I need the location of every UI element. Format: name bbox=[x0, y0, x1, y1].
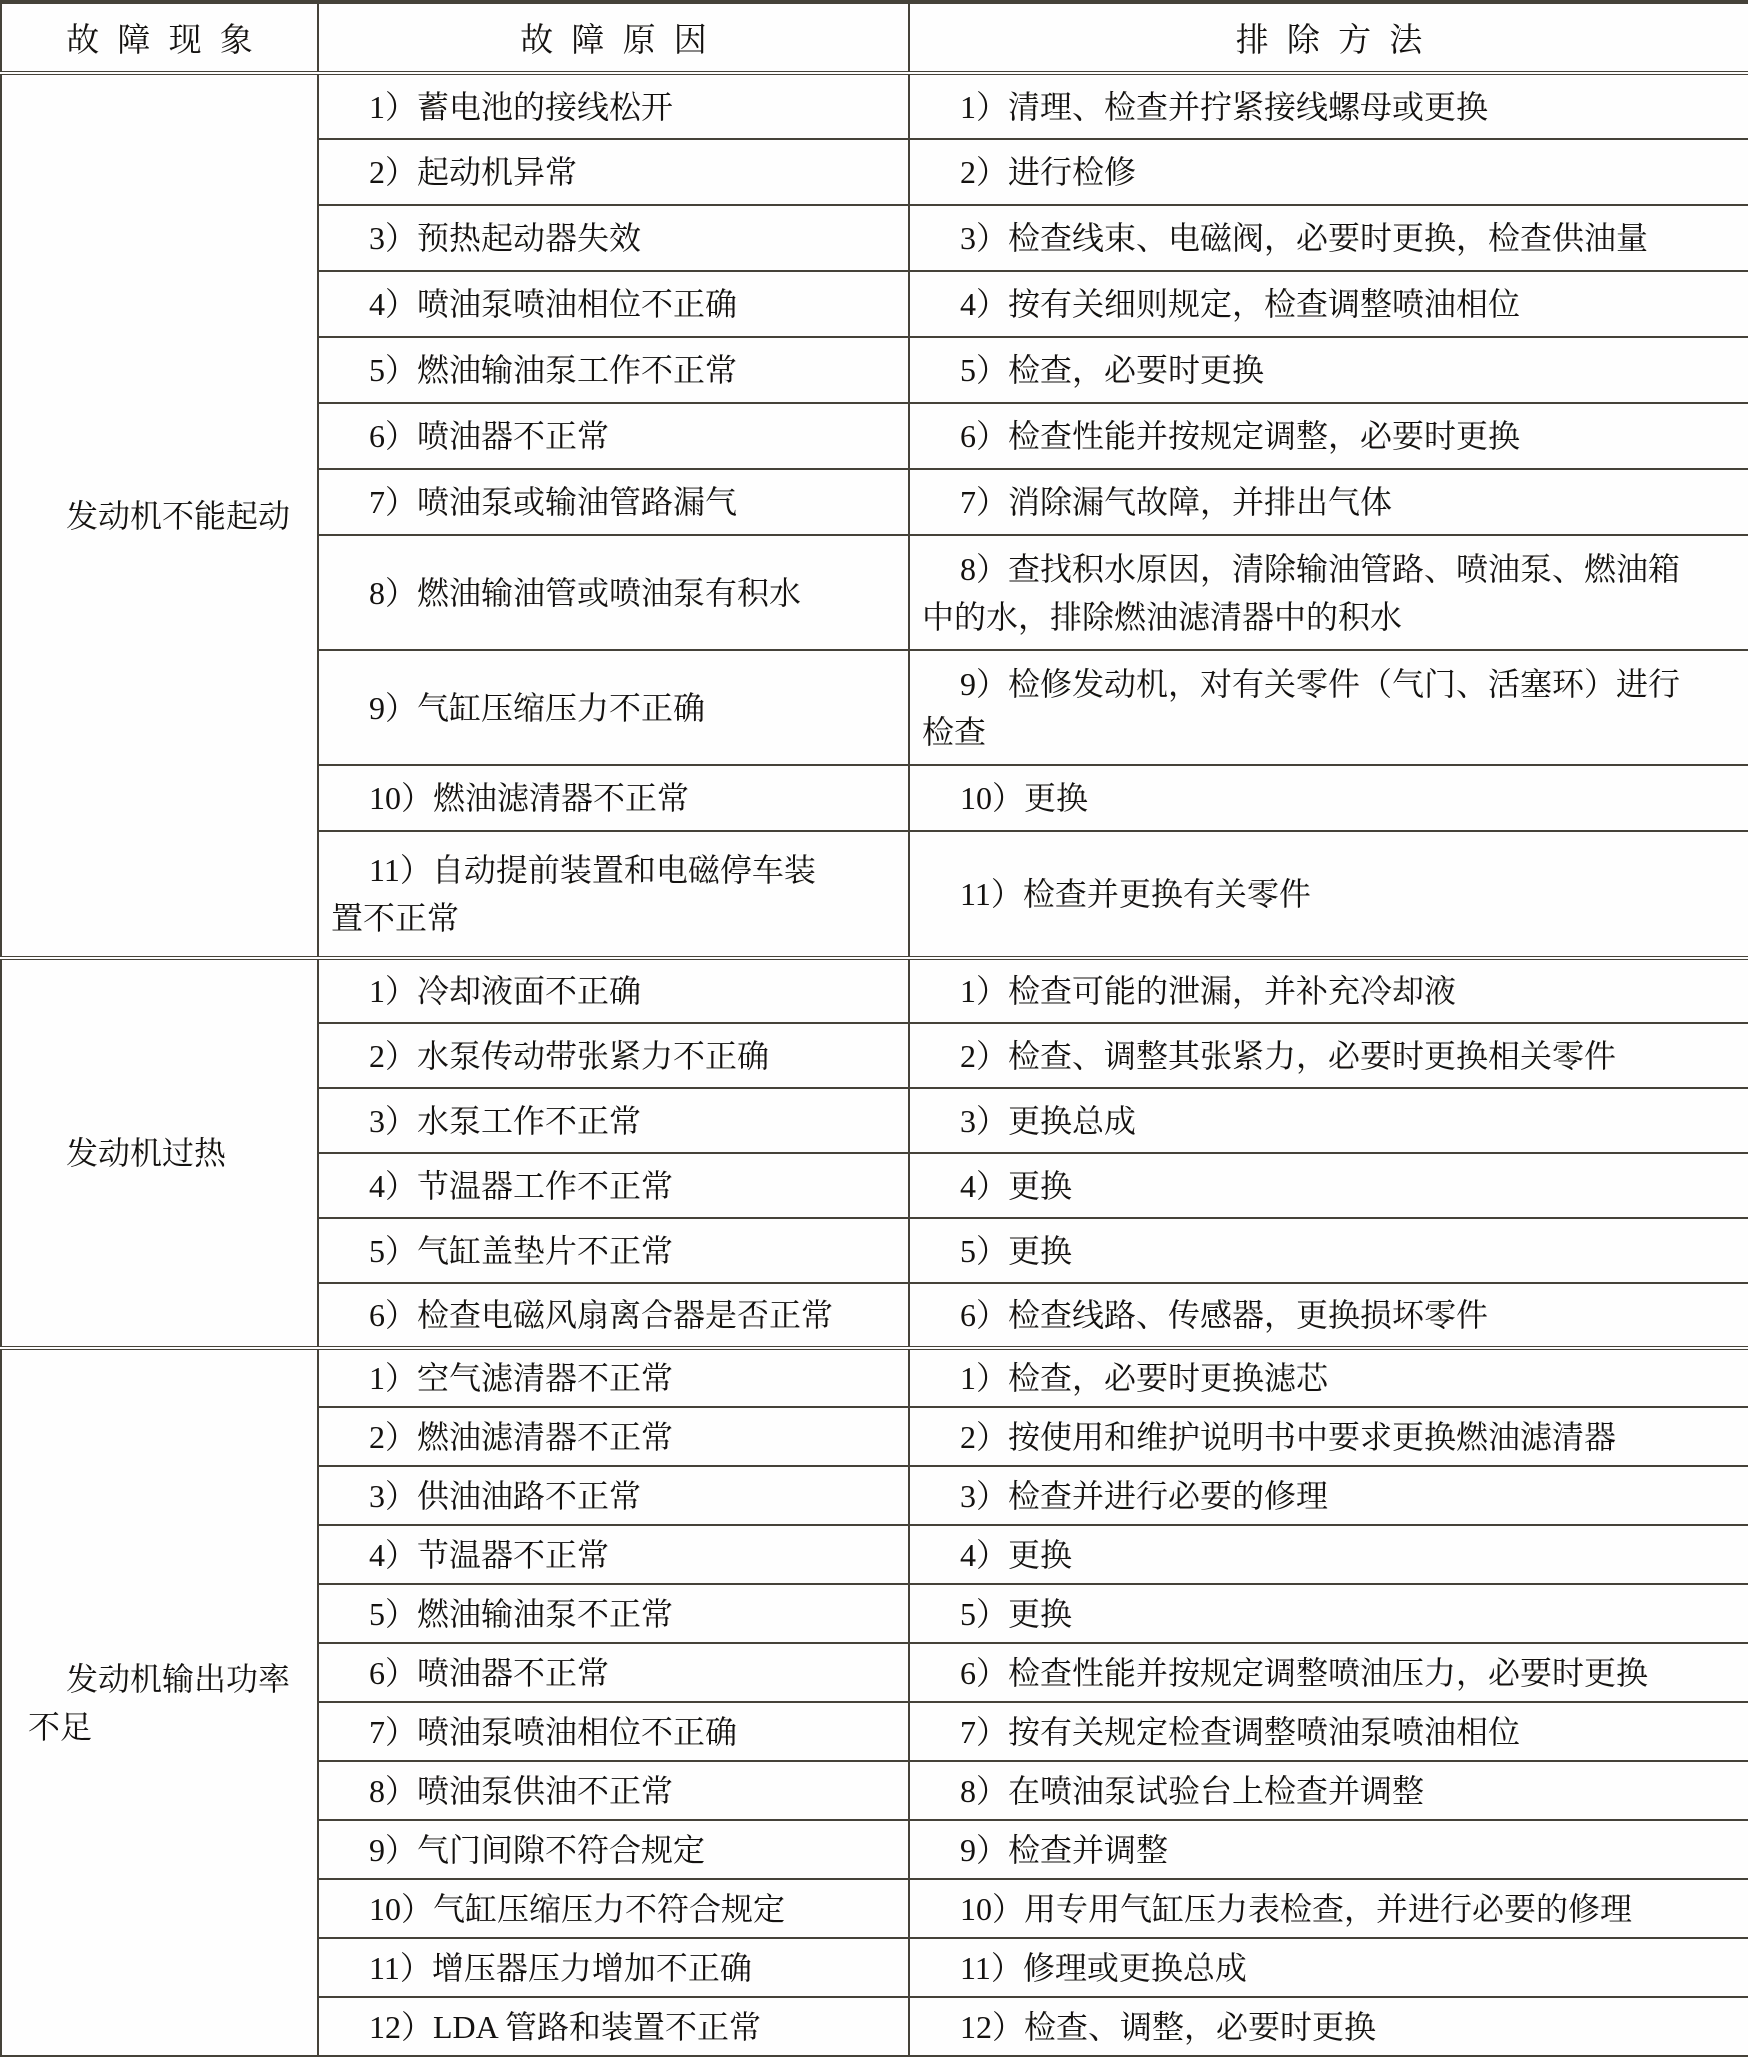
remedy-text: 10）用专用气缸压力表检查，并进行必要的修理 bbox=[910, 1885, 1748, 1933]
remedy-text: 8）查找积水原因，清除输油管路、喷油泵、燃油箱中的水，排除燃油滤清器中的积水 bbox=[910, 545, 1748, 641]
col-header-remedy: 排除方法 bbox=[909, 2, 1748, 73]
cause-text: 10）燃油滤清器不正常 bbox=[319, 774, 908, 822]
cause-text: 11）增压器压力增加不正确 bbox=[319, 1944, 908, 1992]
cause-cell: 11）增压器压力增加不正确 bbox=[318, 1938, 909, 1997]
remedy-text: 2）按使用和维护说明书中要求更换燃油滤清器 bbox=[910, 1413, 1748, 1461]
remedy-cell: 5）检查，必要时更换 bbox=[909, 337, 1748, 403]
phenomenon-label: 发动机不能起动 bbox=[2, 492, 317, 540]
cause-text: 1）冷却液面不正确 bbox=[319, 967, 908, 1015]
cause-cell: 5）气缸盖垫片不正常 bbox=[318, 1218, 909, 1283]
cause-text: 12）LDA 管路和装置不正常 bbox=[319, 2003, 908, 2051]
remedy-cell: 11）检查并更换有关零件 bbox=[909, 831, 1748, 958]
cause-cell: 1）冷却液面不正确 bbox=[318, 958, 909, 1023]
cause-cell: 7）喷油泵喷油相位不正确 bbox=[318, 1702, 909, 1761]
cause-cell: 9）气缸压缩压力不正确 bbox=[318, 650, 909, 765]
remedy-text: 8）在喷油泵试验台上检查并调整 bbox=[910, 1767, 1748, 1815]
fault-diagnosis-table: 故障现象 故障原因 排除方法 发动机不能起动 1）蓄电池的接线松开 1）清理、检… bbox=[0, 0, 1748, 2057]
remedy-cell: 2）进行检修 bbox=[909, 139, 1748, 205]
cause-cell: 4）节温器不正常 bbox=[318, 1525, 909, 1584]
remedy-cell: 8）查找积水原因，清除输油管路、喷油泵、燃油箱中的水，排除燃油滤清器中的积水 bbox=[909, 535, 1748, 650]
remedy-cell: 6）检查性能并按规定调整，必要时更换 bbox=[909, 403, 1748, 469]
table-row: 发动机输出功率不足 1）空气滤清器不正常 1）检查，必要时更换滤芯 bbox=[1, 1348, 1748, 1407]
cause-text: 5）燃油输油泵工作不正常 bbox=[319, 346, 908, 394]
remedy-text: 9）检查并调整 bbox=[910, 1826, 1748, 1874]
cause-cell: 3）水泵工作不正常 bbox=[318, 1088, 909, 1153]
remedy-cell: 7）消除漏气故障，并排出气体 bbox=[909, 469, 1748, 535]
cause-text: 10）气缸压缩压力不符合规定 bbox=[319, 1885, 908, 1933]
cause-text: 7）喷油泵喷油相位不正确 bbox=[319, 1708, 908, 1756]
cause-cell: 2）燃油滤清器不正常 bbox=[318, 1407, 909, 1466]
cause-cell: 9）气门间隙不符合规定 bbox=[318, 1820, 909, 1879]
cause-text: 9）气门间隙不符合规定 bbox=[319, 1826, 908, 1874]
remedy-cell: 3）检查并进行必要的修理 bbox=[909, 1466, 1748, 1525]
remedy-cell: 1）检查可能的泄漏，并补充冷却液 bbox=[909, 958, 1748, 1023]
cause-text: 8）喷油泵供油不正常 bbox=[319, 1767, 908, 1815]
cause-cell: 6）检查电磁风扇离合器是否正常 bbox=[318, 1283, 909, 1348]
remedy-text: 1）检查，必要时更换滤芯 bbox=[910, 1354, 1748, 1402]
cause-cell: 6）喷油器不正常 bbox=[318, 403, 909, 469]
remedy-text: 5）检查，必要时更换 bbox=[910, 346, 1748, 394]
cause-cell: 2）起动机异常 bbox=[318, 139, 909, 205]
remedy-cell: 4）更换 bbox=[909, 1153, 1748, 1218]
remedy-cell: 12）检查、调整，必要时更换 bbox=[909, 1997, 1748, 2056]
document-page: { "table": { "headers": { "phenomenon": … bbox=[0, 0, 1748, 2057]
cause-text: 2）燃油滤清器不正常 bbox=[319, 1413, 908, 1461]
remedy-cell: 4）按有关细则规定，检查调整喷油相位 bbox=[909, 271, 1748, 337]
cause-cell: 4）节温器工作不正常 bbox=[318, 1153, 909, 1218]
remedy-cell: 6）检查性能并按规定调整喷油压力，必要时更换 bbox=[909, 1643, 1748, 1702]
cause-text: 1）空气滤清器不正常 bbox=[319, 1354, 908, 1402]
cause-cell: 7）喷油泵或输油管路漏气 bbox=[318, 469, 909, 535]
remedy-text: 3）检查并进行必要的修理 bbox=[910, 1472, 1748, 1520]
cause-text: 8）燃油输油管或喷油泵有积水 bbox=[319, 569, 908, 617]
remedy-text: 9）检修发动机，对有关零件（气门、活塞环）进行检查 bbox=[910, 660, 1748, 756]
cause-text: 1）蓄电池的接线松开 bbox=[319, 83, 908, 131]
cause-cell: 8）喷油泵供油不正常 bbox=[318, 1761, 909, 1820]
cause-text: 4）喷油泵喷油相位不正确 bbox=[319, 280, 908, 328]
remedy-cell: 1）检查，必要时更换滤芯 bbox=[909, 1348, 1748, 1407]
cause-cell: 11）自动提前装置和电磁停车装置不正常 bbox=[318, 831, 909, 958]
cause-text: 5）气缸盖垫片不正常 bbox=[319, 1227, 908, 1275]
remedy-cell: 3）检查线束、电磁阀，必要时更换，检查供油量 bbox=[909, 205, 1748, 271]
cause-text: 3）供油油路不正常 bbox=[319, 1472, 908, 1520]
table-header-row: 故障现象 故障原因 排除方法 bbox=[1, 2, 1748, 73]
phenomenon-cell-low-output-power: 发动机输出功率不足 bbox=[1, 1348, 318, 2056]
remedy-text: 6）检查性能并按规定调整，必要时更换 bbox=[910, 412, 1748, 460]
cause-text: 6）喷油器不正常 bbox=[319, 412, 908, 460]
remedy-cell: 9）检修发动机，对有关零件（气门、活塞环）进行检查 bbox=[909, 650, 1748, 765]
phenomenon-label: 发动机过热 bbox=[2, 1129, 317, 1177]
table-row: 发动机不能起动 1）蓄电池的接线松开 1）清理、检查并拧紧接线螺母或更换 bbox=[1, 73, 1748, 139]
cause-text: 2）起动机异常 bbox=[319, 148, 908, 196]
cause-cell: 5）燃油输油泵不正常 bbox=[318, 1584, 909, 1643]
remedy-cell: 6）检查线路、传感器，更换损坏零件 bbox=[909, 1283, 1748, 1348]
cause-cell: 6）喷油器不正常 bbox=[318, 1643, 909, 1702]
cause-text: 2）水泵传动带张紧力不正确 bbox=[319, 1032, 908, 1080]
remedy-text: 7）消除漏气故障，并排出气体 bbox=[910, 478, 1748, 526]
cause-cell: 10）气缸压缩压力不符合规定 bbox=[318, 1879, 909, 1938]
remedy-text: 11）修理或更换总成 bbox=[910, 1944, 1748, 1992]
remedy-text: 11）检查并更换有关零件 bbox=[910, 870, 1748, 918]
cause-text: 4）节温器工作不正常 bbox=[319, 1162, 908, 1210]
cause-text: 11）自动提前装置和电磁停车装置不正常 bbox=[319, 846, 908, 942]
remedy-text: 3）更换总成 bbox=[910, 1097, 1748, 1145]
remedy-text: 1）检查可能的泄漏，并补充冷却液 bbox=[910, 967, 1748, 1015]
remedy-cell: 8）在喷油泵试验台上检查并调整 bbox=[909, 1761, 1748, 1820]
cause-cell: 4）喷油泵喷油相位不正确 bbox=[318, 271, 909, 337]
remedy-text: 6）检查线路、传感器，更换损坏零件 bbox=[910, 1291, 1748, 1339]
remedy-text: 7）按有关规定检查调整喷油泵喷油相位 bbox=[910, 1708, 1748, 1756]
remedy-cell: 5）更换 bbox=[909, 1584, 1748, 1643]
remedy-text: 5）更换 bbox=[910, 1590, 1748, 1638]
cause-cell: 10）燃油滤清器不正常 bbox=[318, 765, 909, 831]
remedy-cell: 3）更换总成 bbox=[909, 1088, 1748, 1153]
remedy-cell: 9）检查并调整 bbox=[909, 1820, 1748, 1879]
cause-cell: 3）供油油路不正常 bbox=[318, 1466, 909, 1525]
remedy-text: 2）检查、调整其张紧力，必要时更换相关零件 bbox=[910, 1032, 1748, 1080]
remedy-text: 3）检查线束、电磁阀，必要时更换，检查供油量 bbox=[910, 214, 1748, 262]
cause-text: 4）节温器不正常 bbox=[319, 1531, 908, 1579]
remedy-text: 5）更换 bbox=[910, 1227, 1748, 1275]
phenomenon-cell-engine-overheat: 发动机过热 bbox=[1, 958, 318, 1348]
remedy-text: 4）更换 bbox=[910, 1162, 1748, 1210]
col-header-phenomenon: 故障现象 bbox=[1, 2, 318, 73]
cause-text: 3）预热起动器失效 bbox=[319, 214, 908, 262]
remedy-cell: 10）更换 bbox=[909, 765, 1748, 831]
remedy-text: 1）清理、检查并拧紧接线螺母或更换 bbox=[910, 83, 1748, 131]
remedy-text: 4）更换 bbox=[910, 1531, 1748, 1579]
remedy-cell: 1）清理、检查并拧紧接线螺母或更换 bbox=[909, 73, 1748, 139]
cause-cell: 3）预热起动器失效 bbox=[318, 205, 909, 271]
cause-text: 6）喷油器不正常 bbox=[319, 1649, 908, 1697]
remedy-cell: 2）按使用和维护说明书中要求更换燃油滤清器 bbox=[909, 1407, 1748, 1466]
remedy-text: 6）检查性能并按规定调整喷油压力，必要时更换 bbox=[910, 1649, 1748, 1697]
remedy-cell: 4）更换 bbox=[909, 1525, 1748, 1584]
cause-cell: 8）燃油输油管或喷油泵有积水 bbox=[318, 535, 909, 650]
remedy-text: 12）检查、调整，必要时更换 bbox=[910, 2003, 1748, 2051]
cause-cell: 5）燃油输油泵工作不正常 bbox=[318, 337, 909, 403]
remedy-cell: 5）更换 bbox=[909, 1218, 1748, 1283]
cause-text: 6）检查电磁风扇离合器是否正常 bbox=[319, 1291, 908, 1339]
remedy-cell: 10）用专用气缸压力表检查，并进行必要的修理 bbox=[909, 1879, 1748, 1938]
cause-text: 7）喷油泵或输油管路漏气 bbox=[319, 478, 908, 526]
remedy-text: 2）进行检修 bbox=[910, 148, 1748, 196]
cause-cell: 2）水泵传动带张紧力不正确 bbox=[318, 1023, 909, 1088]
remedy-cell: 7）按有关规定检查调整喷油泵喷油相位 bbox=[909, 1702, 1748, 1761]
cause-text: 5）燃油输油泵不正常 bbox=[319, 1590, 908, 1638]
table-row: 发动机过热 1）冷却液面不正确 1）检查可能的泄漏，并补充冷却液 bbox=[1, 958, 1748, 1023]
phenomenon-label: 发动机输出功率不足 bbox=[2, 1655, 317, 1751]
phenomenon-cell-engine-no-start: 发动机不能起动 bbox=[1, 73, 318, 958]
remedy-cell: 11）修理或更换总成 bbox=[909, 1938, 1748, 1997]
remedy-text: 4）按有关细则规定，检查调整喷油相位 bbox=[910, 280, 1748, 328]
col-header-cause: 故障原因 bbox=[318, 2, 909, 73]
remedy-cell: 2）检查、调整其张紧力，必要时更换相关零件 bbox=[909, 1023, 1748, 1088]
cause-text: 9）气缸压缩压力不正确 bbox=[319, 684, 908, 732]
cause-text: 3）水泵工作不正常 bbox=[319, 1097, 908, 1145]
cause-cell: 1）空气滤清器不正常 bbox=[318, 1348, 909, 1407]
remedy-text: 10）更换 bbox=[910, 774, 1748, 822]
cause-cell: 12）LDA 管路和装置不正常 bbox=[318, 1997, 909, 2056]
cause-cell: 1）蓄电池的接线松开 bbox=[318, 73, 909, 139]
